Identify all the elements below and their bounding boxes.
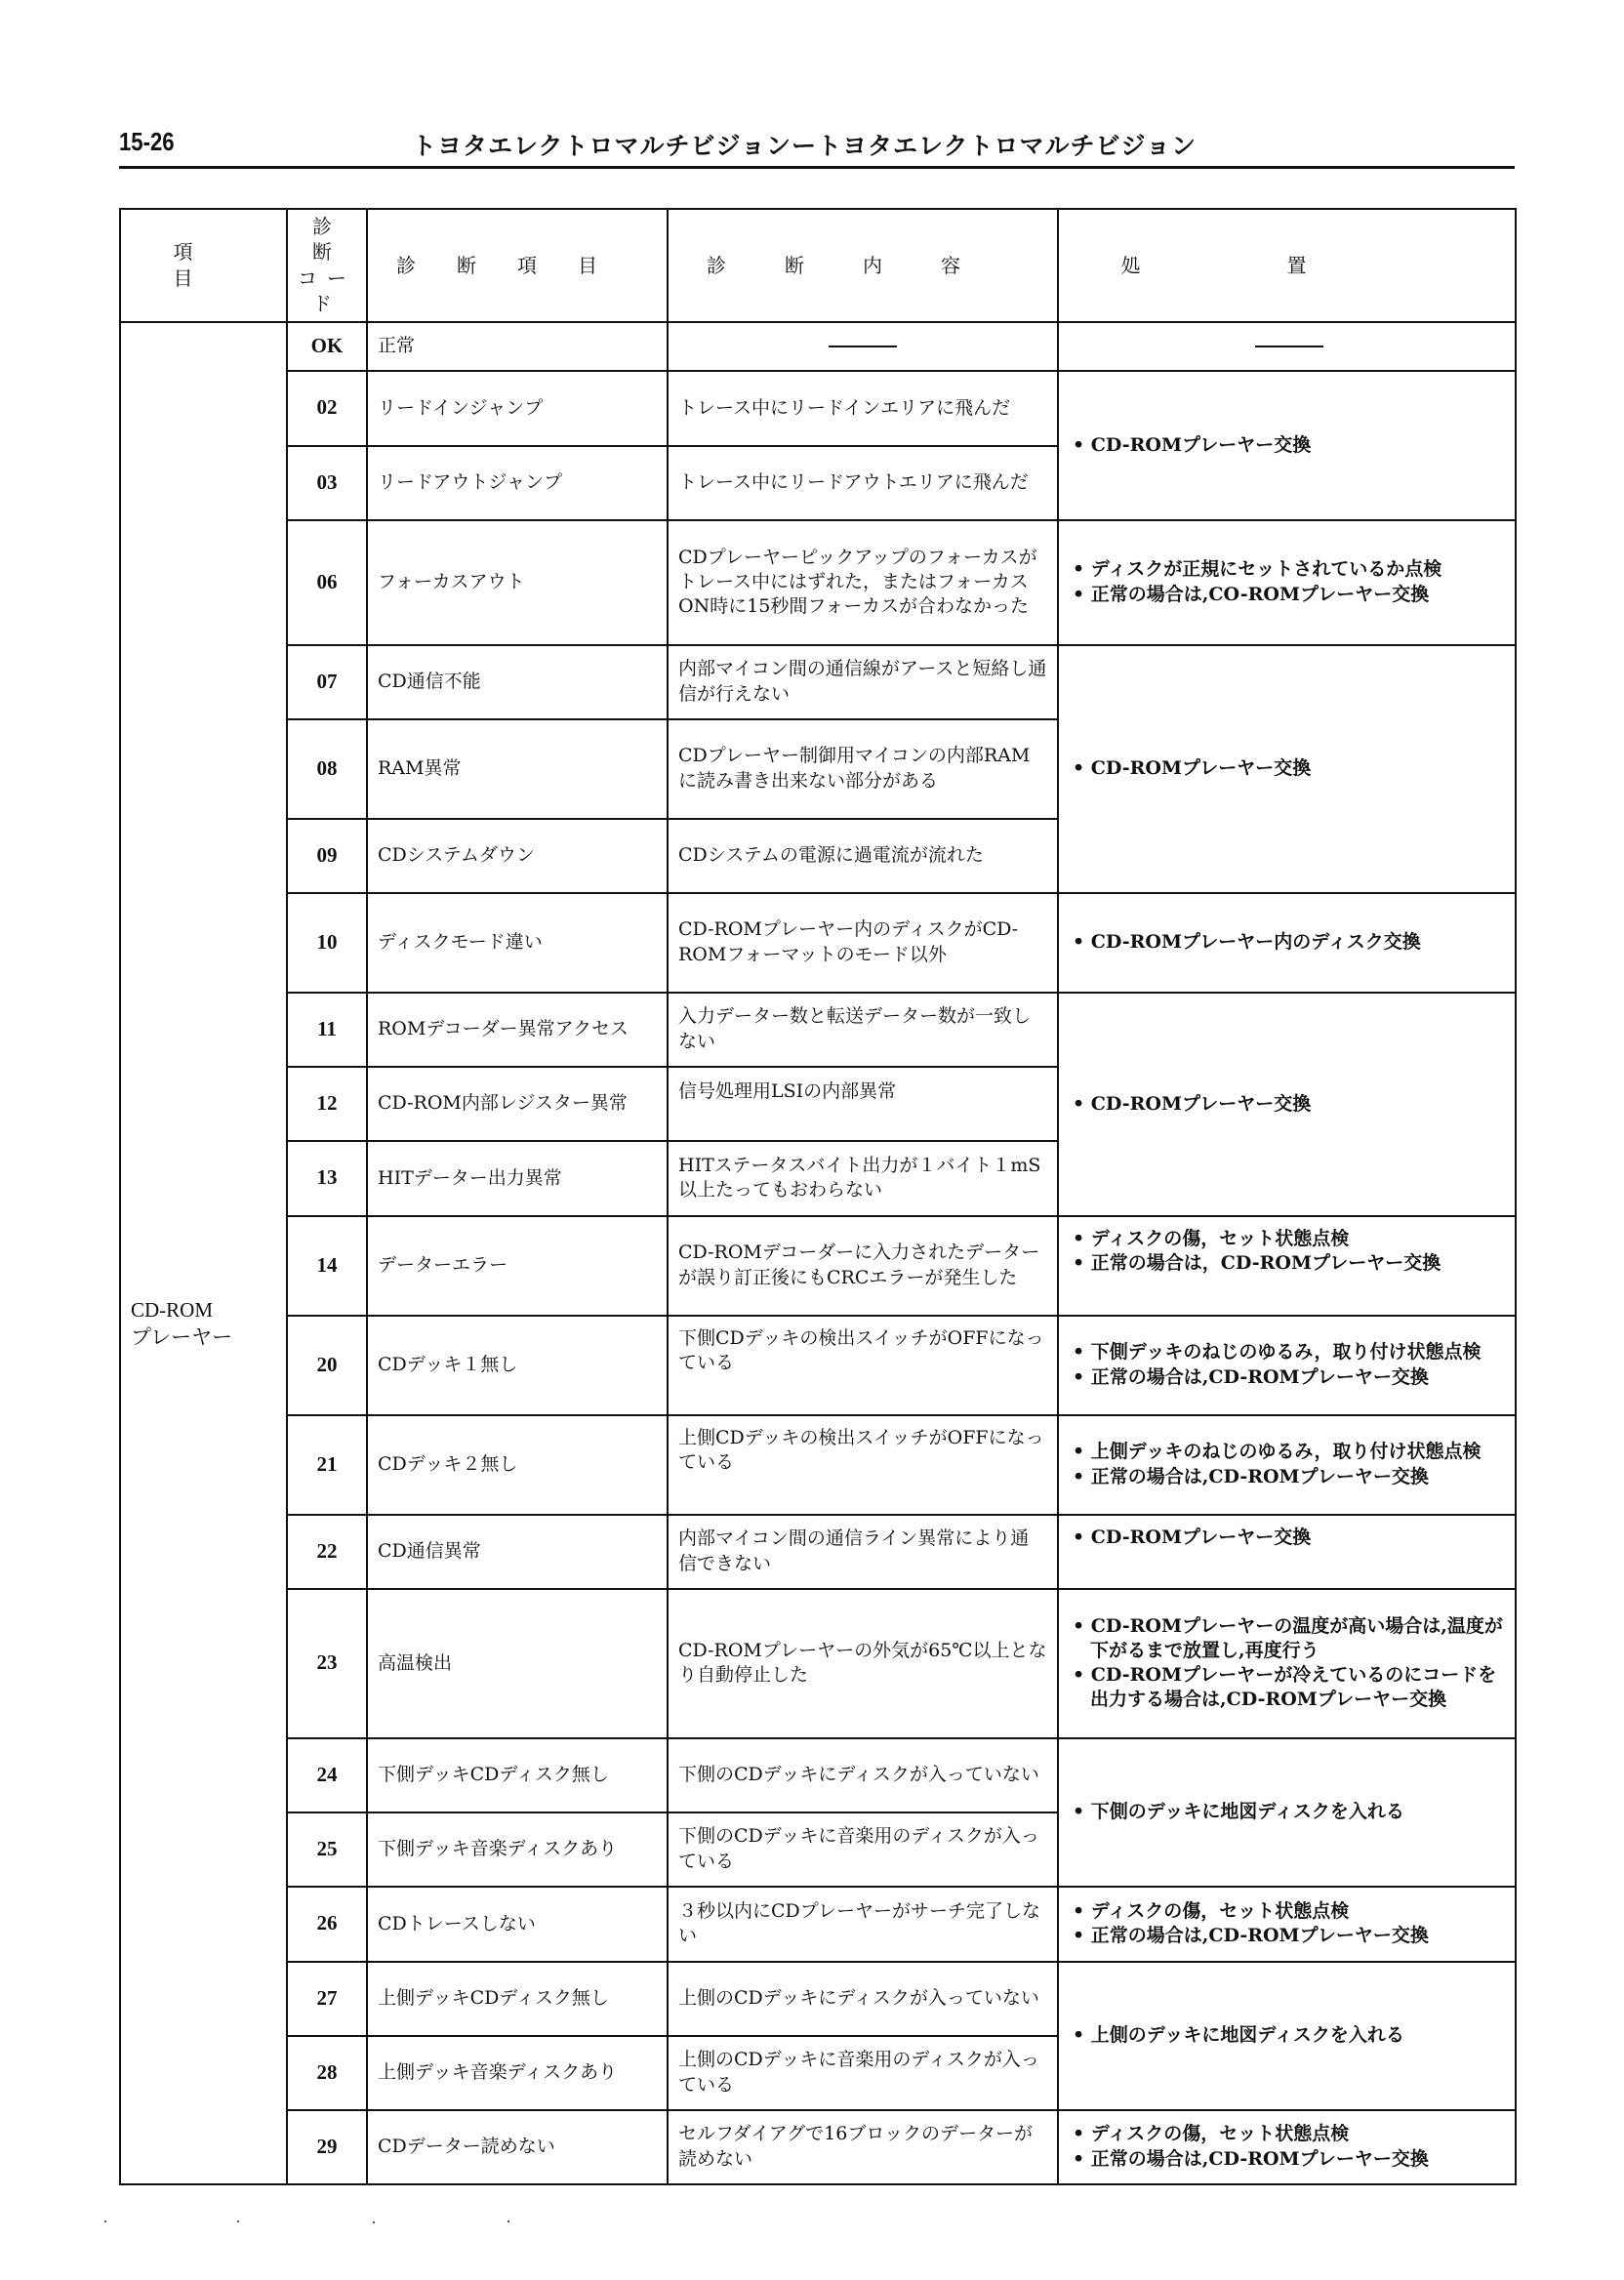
action-cell: 上側のデッキに地図ディスクを入れる <box>1058 1962 1516 2110</box>
action-line: 下側のデッキに地図ディスクを入れる <box>1073 1800 1505 1824</box>
table-row: 23 高温検出 CD-ROMプレーヤーの外気が65℃以上となり自動停止した CD… <box>120 1589 1516 1738</box>
action-cell: ディスクの傷，セット状態点検 正常の場合は,CD-ROMプレーヤー交換 <box>1058 1887 1516 1962</box>
table-row: CD-ROM プレーヤー OK 正常 <box>120 322 1516 371</box>
diag-content-cell: 下側のCDデッキにディスクが入っていない <box>668 1738 1058 1812</box>
table-header-row: 項 目 診 断 コード 診断項目 診断内容 処置 <box>120 209 1516 322</box>
action-line: CD-ROMプレーヤー内のディスク交換 <box>1073 930 1505 955</box>
code-cell: OK <box>287 322 367 371</box>
action-line: 正常の場合は,CD-ROMプレーヤー交換 <box>1073 1365 1505 1390</box>
diag-item-cell: CDトレースしない <box>367 1887 668 1962</box>
code-cell: 12 <box>287 1067 367 1141</box>
code-cell: 08 <box>287 719 367 819</box>
action-cell <box>1058 322 1516 371</box>
diag-item-cell: 上側デッキCDディスク無し <box>367 1962 668 2036</box>
action-line: 正常の場合は,CD-ROMプレーヤー交換 <box>1073 2147 1505 2172</box>
diag-content-cell: CDプレーヤーピックアップのフォーカスがトレース中にはずれた，またはフォーカスO… <box>668 520 1058 645</box>
diag-item-cell: データーエラー <box>367 1216 668 1316</box>
action-line: CD-ROMプレーヤー交換 <box>1073 1526 1505 1550</box>
diag-item-cell: フォーカスアウト <box>367 520 668 645</box>
page-header: 15-26 トヨタエレクトロマルチビジョンートヨタエレクトロマルチビジョン <box>119 125 1515 168</box>
action-line: CD-ROMプレーヤーが冷えているのにコードを出力する場合は,CD-ROMプレー… <box>1073 1663 1505 1712</box>
group-cell-cd-rom-player: CD-ROM プレーヤー <box>120 322 287 2184</box>
diag-item-cell: 下側デッキ音楽ディスクあり <box>367 1812 668 1887</box>
action-line: 正常の場合は,CD-ROMプレーヤー交換 <box>1073 1465 1505 1489</box>
table-row: 24 下側デッキCDディスク無し 下側のCDデッキにディスクが入っていない 下側… <box>120 1738 1516 1812</box>
table-row: 26 CDトレースしない ３秒以内にCDプレーヤーがサーチ完了しない ディスクの… <box>120 1887 1516 1962</box>
diag-item-cell: リードインジャンプ <box>367 371 668 446</box>
code-cell: 23 <box>287 1589 367 1738</box>
action-cell: 下側デッキのねじのゆるみ，取り付け状態点検 正常の場合は,CD-ROMプレーヤー… <box>1058 1316 1516 1415</box>
action-line: 正常の場合は,CO-ROMプレーヤー交換 <box>1073 583 1505 607</box>
diag-content-cell: CDプレーヤー制御用マイコンの内部RAMに読み書き出来ない部分がある <box>668 719 1058 819</box>
action-line: 下側デッキのねじのゆるみ，取り付け状態点検 <box>1073 1340 1505 1364</box>
diag-content-cell: CD-ROMプレーヤー内のディスクがCD-ROMフォーマットのモード以外 <box>668 893 1058 993</box>
code-cell: 02 <box>287 371 367 446</box>
diag-item-cell: 高温検出 <box>367 1589 668 1738</box>
diag-item-cell: CDシステムダウン <box>367 819 668 893</box>
header-diag-item: 診断項目 <box>367 209 668 322</box>
action-line: ディスクが正規にセットされているか点検 <box>1073 557 1505 582</box>
action-cell: CD-ROMプレーヤー交換 <box>1058 371 1516 520</box>
action-cell: CD-ROMプレーヤーの温度が高い場合は,温度が下がるまで放置し,再度行う CD… <box>1058 1589 1516 1738</box>
table-row: 27 上側デッキCDディスク無し 上側のCDデッキにディスクが入っていない 上側… <box>120 1962 1516 2036</box>
diag-item-cell: 上側デッキ音楽ディスクあり <box>367 2036 668 2110</box>
code-cell: 11 <box>287 993 367 1067</box>
dash-placeholder <box>829 346 897 347</box>
diag-content-cell: CD-ROMプレーヤーの外気が65℃以上となり自動停止した <box>668 1589 1058 1738</box>
group-label-line1: CD-ROM <box>131 1298 213 1322</box>
diag-content-cell: トレース中にリードアウトエリアに飛んだ <box>668 446 1058 520</box>
diag-item-cell: CDデッキ２無し <box>367 1415 668 1515</box>
scan-artifact <box>104 2220 106 2222</box>
code-cell: 20 <box>287 1316 367 1415</box>
diag-content-cell: 下側CDデッキの検出スイッチがOFFになっている <box>668 1316 1058 1415</box>
table-row: 07 CD通信不能 内部マイコン間の通信線がアースと短絡し通信が行えない CD-… <box>120 645 1516 719</box>
table-row: 11 ROMデコーダー異常アクセス 入力データー数と転送データー数が一致しない … <box>120 993 1516 1067</box>
action-cell: 下側のデッキに地図ディスクを入れる <box>1058 1738 1516 1887</box>
diag-item-cell: 下側デッキCDディスク無し <box>367 1738 668 1812</box>
diag-item-cell: 正常 <box>367 322 668 371</box>
action-line: CD-ROMプレーヤー交換 <box>1073 433 1505 458</box>
diag-content-cell: 上側のCDデッキに音楽用のディスクが入っている <box>668 2036 1058 2110</box>
diag-item-cell: CDデッキ１無し <box>367 1316 668 1415</box>
diagnosis-table: 項 目 診 断 コード 診断項目 診断内容 処置 CD-ROM プレーヤー OK… <box>119 208 1517 2185</box>
scan-artifact <box>507 2220 509 2222</box>
action-cell: CD-ROMプレーヤー交換 <box>1058 993 1516 1216</box>
diag-item-cell: CD通信不能 <box>367 645 668 719</box>
code-cell: 25 <box>287 1812 367 1887</box>
action-line: 上側のデッキに地図ディスクを入れる <box>1073 2023 1505 2048</box>
diag-content-cell: トレース中にリードインエリアに飛んだ <box>668 371 1058 446</box>
action-cell: CD-ROMプレーヤー内のディスク交換 <box>1058 893 1516 993</box>
header-code-line2: コード <box>298 266 356 315</box>
action-line: ディスクの傷，セット状態点検 <box>1073 1899 1505 1924</box>
action-line: 正常の場合は,CD-ROMプレーヤー交換 <box>1073 1924 1505 1948</box>
code-cell: 29 <box>287 2110 367 2184</box>
code-cell: 07 <box>287 645 367 719</box>
diag-content-cell: 内部マイコン間の通信ライン異常により通信できない <box>668 1515 1058 1589</box>
code-cell: 13 <box>287 1141 367 1216</box>
header-rule <box>119 166 1515 169</box>
code-cell: 14 <box>287 1216 367 1316</box>
diag-item-cell: CD通信異常 <box>367 1515 668 1589</box>
code-cell: 09 <box>287 819 367 893</box>
scan-artifact <box>373 2221 375 2223</box>
header-code-line1: 診 断 <box>312 215 342 264</box>
action-line: ディスクの傷，セット状態点検 <box>1073 1227 1505 1251</box>
diag-content-cell: 上側のCDデッキにディスクが入っていない <box>668 1962 1058 2036</box>
action-cell: CD-ROMプレーヤー交換 <box>1058 1515 1516 1589</box>
table-row: 20 CDデッキ１無し 下側CDデッキの検出スイッチがOFFになっている 下側デ… <box>120 1316 1516 1415</box>
action-line: CD-ROMプレーヤー交換 <box>1073 756 1505 781</box>
table-row: 21 CDデッキ２無し 上側CDデッキの検出スイッチがOFFになっている 上側デ… <box>120 1415 1516 1515</box>
diag-content-cell: 信号処理用LSIの内部異常 <box>668 1067 1058 1141</box>
diag-content-cell: セルフダイアグで16ブロックのデーターが読めない <box>668 2110 1058 2184</box>
diag-item-cell: ディスクモード違い <box>367 893 668 993</box>
action-cell: 上側デッキのねじのゆるみ，取り付け状態点検 正常の場合は,CD-ROMプレーヤー… <box>1058 1415 1516 1515</box>
code-cell: 28 <box>287 2036 367 2110</box>
code-cell: 21 <box>287 1415 367 1515</box>
diag-item-cell: リードアウトジャンプ <box>367 446 668 520</box>
diag-item-cell: RAM異常 <box>367 719 668 819</box>
action-cell: ディスクの傷，セット状態点検 正常の場合は,CD-ROMプレーヤー交換 <box>1058 2110 1516 2184</box>
code-cell: 27 <box>287 1962 367 2036</box>
code-cell: 06 <box>287 520 367 645</box>
action-line: CD-ROMプレーヤーの温度が高い場合は,温度が下がるまで放置し,再度行う <box>1073 1614 1505 1663</box>
table-row: 14 データーエラー CD-ROMデコーダーに入力されたデーターが誤り訂正後にも… <box>120 1216 1516 1316</box>
action-line: 正常の場合は，CD-ROMプレーヤー交換 <box>1073 1251 1505 1276</box>
action-line: ディスクの傷，セット状態点検 <box>1073 2122 1505 2146</box>
table-row: 29 CDデーター読めない セルフダイアグで16ブロックのデーターが読めない デ… <box>120 2110 1516 2184</box>
diag-item-cell: CDデーター読めない <box>367 2110 668 2184</box>
diag-content-cell: ３秒以内にCDプレーヤーがサーチ完了しない <box>668 1887 1058 1962</box>
table-row: 06 フォーカスアウト CDプレーヤーピックアップのフォーカスがトレース中にはず… <box>120 520 1516 645</box>
action-cell: ディスクが正規にセットされているか点検 正常の場合は,CO-ROMプレーヤー交換 <box>1058 520 1516 645</box>
table-row: 10 ディスクモード違い CD-ROMプレーヤー内のディスクがCD-ROMフォー… <box>120 893 1516 993</box>
table-row: 02 リードインジャンプ トレース中にリードインエリアに飛んだ CD-ROMプレ… <box>120 371 1516 446</box>
header-item: 項 目 <box>120 209 287 322</box>
action-line: 上側デッキのねじのゆるみ，取り付け状態点検 <box>1073 1440 1505 1464</box>
code-cell: 03 <box>287 446 367 520</box>
diag-content-cell: CD-ROMデコーダーに入力されたデーターが誤り訂正後にもCRCエラーが発生した <box>668 1216 1058 1316</box>
group-label-line2: プレーヤー <box>131 1325 232 1349</box>
diag-content-cell: 内部マイコン間の通信線がアースと短絡し通信が行えない <box>668 645 1058 719</box>
table-row: 22 CD通信異常 内部マイコン間の通信ライン異常により通信できない CD-RO… <box>120 1515 1516 1589</box>
header-diag-content: 診断内容 <box>668 209 1058 322</box>
code-cell: 24 <box>287 1738 367 1812</box>
diag-item-cell: ROMデコーダー異常アクセス <box>367 993 668 1067</box>
diag-item-cell: HITデーター出力異常 <box>367 1141 668 1216</box>
action-cell: CD-ROMプレーヤー交換 <box>1058 645 1516 893</box>
diag-content-cell: 上側CDデッキの検出スイッチがOFFになっている <box>668 1415 1058 1515</box>
action-cell: ディスクの傷，セット状態点検 正常の場合は，CD-ROMプレーヤー交換 <box>1058 1216 1516 1316</box>
header-action: 処置 <box>1058 209 1516 322</box>
header-code: 診 断 コード <box>287 209 367 322</box>
diag-item-cell: CD-ROM内部レジスター異常 <box>367 1067 668 1141</box>
scan-artifact <box>237 2220 239 2222</box>
diag-content-cell: 入力データー数と転送データー数が一致しない <box>668 993 1058 1067</box>
diag-content-cell: 下側のCDデッキに音楽用のディスクが入っている <box>668 1812 1058 1887</box>
dash-placeholder <box>1255 346 1323 347</box>
page-title: トヨタエレクトロマルチビジョンートヨタエレクトロマルチビジョン <box>412 127 1197 162</box>
page-number: 15-26 <box>119 127 175 157</box>
diag-content-cell: HITステータスバイト出力が１バイト１mS以上たってもおわらない <box>668 1141 1058 1216</box>
code-cell: 26 <box>287 1887 367 1962</box>
diag-content-cell: CDシステムの電源に過電流が流れた <box>668 819 1058 893</box>
code-cell: 10 <box>287 893 367 993</box>
diag-content-cell <box>668 322 1058 371</box>
code-cell: 22 <box>287 1515 367 1589</box>
action-line: CD-ROMプレーヤー交換 <box>1073 1092 1505 1117</box>
